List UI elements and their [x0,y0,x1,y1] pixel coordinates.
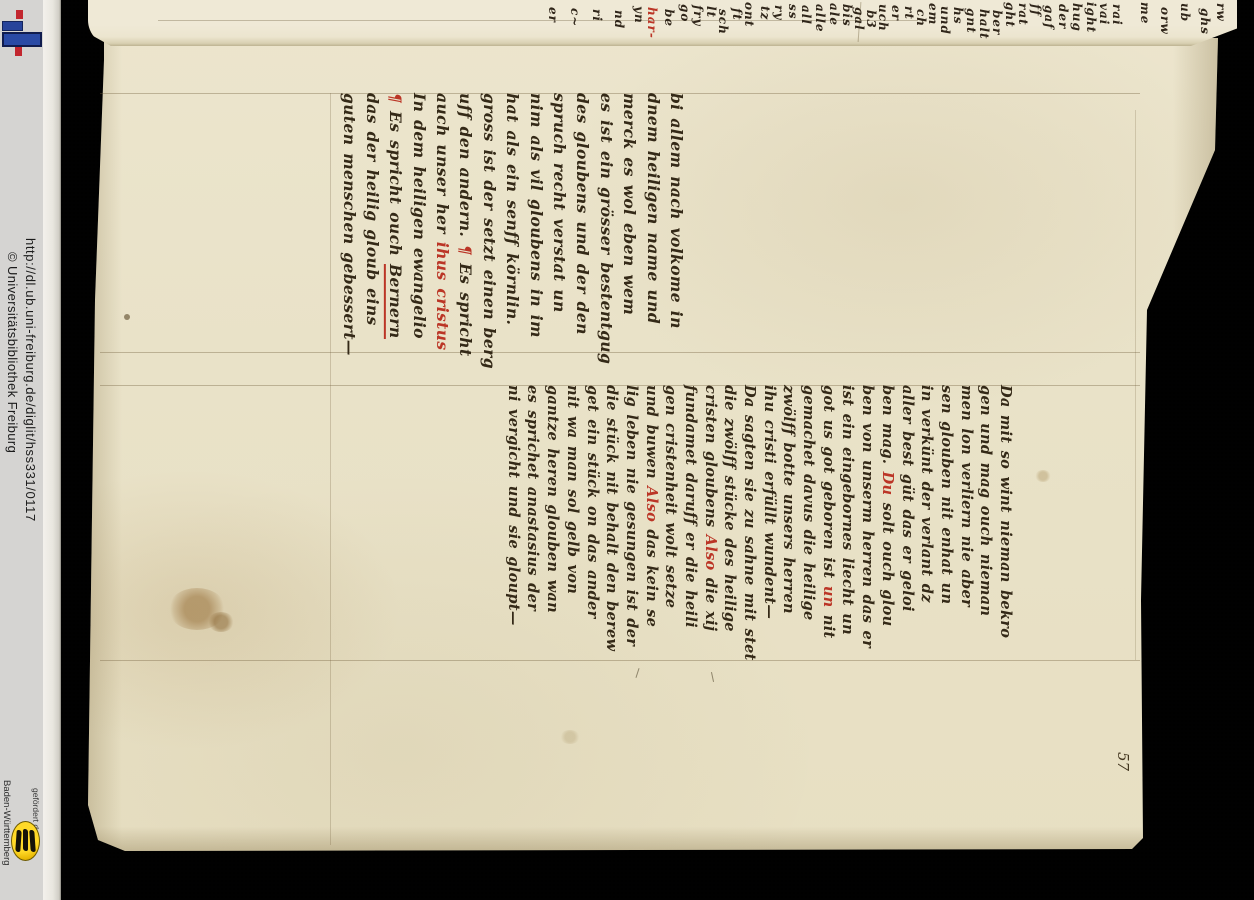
curl-text-snippet: be [662,9,676,27]
logo-red-square [16,10,23,19]
manuscript-line: sen glouben nit enhat un [936,385,956,657]
upper-text-block: bi allem nach volkome indnem heiligen na… [337,93,690,355]
manuscript-line: men lon verliern nie aber [956,385,976,657]
ruling-line [1135,110,1136,660]
manuscript-line: gen und mag ouch nieman [976,385,996,657]
viewer-sidebar: http://dl.ub.uni-freiburg.de/diglit/hss3… [0,0,43,900]
manuscript-line: Da sagten sie zu sahne mit stet [739,385,759,657]
manuscript-text: des gloubens und der den [573,93,592,335]
curl-text-snippet: halt [977,9,991,40]
source-url-text: http://dl.ub.uni-freiburg.de/diglit/hss3… [23,238,38,522]
manuscript-text: cristen gloubens [702,385,719,535]
manuscript-text: In dem heiligen ewangelio [410,93,429,339]
curl-text-snippet: rw [1214,3,1228,22]
ub-freiburg-logo-icon [0,8,43,60]
curl-text-snippet: sch [716,9,730,35]
curl-text-snippet: gaf [1042,5,1056,29]
curl-text-snippet: hs [951,7,965,24]
manuscript-text: gemachet davus die heilige [800,385,817,621]
manuscript-text: es sprichet anastasius der [524,385,541,611]
manuscript-line: und buwen Also das kein se [641,385,661,657]
manuscript-line: ¶ Es spricht ouch Bernern [384,93,407,351]
manuscript-text: gen und mag ouch nieman [977,385,994,616]
curl-text-snippet: go [678,4,692,22]
manuscript-line: in verkünt der verlant dz [916,385,936,657]
manuscript-line: dnem heiligen name und [641,93,664,351]
manuscript-text: Da mit so wint nieman bekro [997,385,1014,638]
curl-text-snippet: ub [1178,3,1192,22]
curl-text-snippet: uch [876,4,890,32]
manuscript-text: das der heilig gloub eins [363,93,382,326]
manuscript-line: bi allem nach volkome in [664,93,687,351]
manuscript-line: es ist ein grösser bestentgug [594,93,617,351]
curl-text-snippet: er [889,5,903,21]
curl-text-snippet: gnt [964,8,978,34]
rubric-text: un [820,586,837,608]
folio-number: 57 [1114,752,1132,771]
curl-text-snippet: rat [1016,3,1030,26]
manuscript-line: Da mit so wint nieman bekro [995,385,1015,657]
lion-figure [23,829,28,851]
manuscript-line: uff den andern. ¶ Es spricht [454,93,477,351]
curl-text-snippet: er [546,7,560,23]
funding-region-text: Baden-Württemberg [1,780,12,866]
manuscript-text: men lon verliern nie aber [958,385,975,607]
stain [124,314,130,320]
manuscript-text: gross ist der setzt einen berg [480,93,499,369]
manuscript-line: spruch recht verstat un [548,93,571,351]
manuscript-text: die stück nit behalt den berew [603,385,620,651]
manuscript-line: get ein stück on das ander [582,385,602,657]
curl-text-snippet: rai [1110,4,1124,26]
stain [1035,470,1051,482]
curl-text-snippet: ont [742,2,756,27]
manuscript-text: get ein stück on das ander [583,385,600,619]
manuscript-text: ist ein eingebornes liecht un [839,385,856,635]
manuscript-text: aller best güt das er geloi [898,385,915,612]
stain [208,612,234,632]
lower-text-block: Da mit so wint nieman bekrogen und mag o… [503,385,1017,661]
rubric-text: Also [702,535,719,571]
manuscript-text: und buwen [643,385,660,486]
manuscript-text: sen glouben nit enhat un [938,385,955,604]
curl-text-snippet: ight [1084,2,1098,33]
manuscript-text: nit [820,608,837,639]
manuscript-line: ni vergicht und sie gloupt— [503,385,523,657]
manuscript-text: dnem heiligen name und [643,93,662,324]
curl-text-snippet: ff [1029,4,1043,16]
manuscript-text: uff den andern. [456,93,475,245]
curl-text-snippet: ry [772,5,786,20]
manuscript-text: solt ouch glou [879,495,896,626]
logo-red-square [15,47,22,56]
manuscript-line: nim als vil gloubens in im [524,93,547,351]
manuscript-text: hat als ein senff körnlin. [503,93,522,325]
manuscript-text: die zwölff stücke des heilige [721,385,738,632]
manuscript-text: nim als vil gloubens in im [527,93,546,338]
manuscript-line: gen cristenheit wolt setze [661,385,681,657]
rubric-text: ¶ [386,93,405,103]
manuscript-line: ihu cristi erfüllt wundent— [759,385,779,657]
manuscript-text: zwölff botte unsers herren [780,385,797,614]
curl-text-snippet: ght [1003,2,1017,28]
manuscript-text: fundamet daruff er die heili [682,385,699,628]
curl-text-snippet: ghs [1198,8,1212,35]
manuscript-text: das kein se [643,522,660,627]
curl-text-snippet: c~ [568,8,582,27]
rubric-text: Also [643,486,660,522]
manuscript-line: gantze heren glouben wan [542,385,562,657]
curl-text-snippet: yn [632,6,646,24]
manuscript-text: bi allem nach volkome in [667,93,686,329]
curl-text-snippet: fry [691,5,705,26]
manuscript-text: Da sagten sie zu sahne mit stet [741,385,758,661]
manuscript-text: nit wa man sol gelb von [564,385,581,594]
manuscript-text: spruch recht verstat un [550,93,569,313]
manuscript-text: Es spricht [456,255,475,356]
curl-text-snippet: vai [1097,3,1111,25]
manuscript-text: lig leben nie gesungen ist der [623,385,640,646]
manuscript-line: es sprichet anastasius der [523,385,543,657]
curl-text-snippet: alle [813,4,827,33]
curl-text-snippet: der [1056,4,1070,29]
curl-text-snippet: ss [786,4,800,20]
manuscript-line: cristen gloubens Also die xij [700,385,720,657]
manuscript-line: ben von unserm herren das er [857,385,877,657]
manuscript-text: es ist ein grösser bestentgug [597,93,616,364]
curl-text-snippet: ri [590,9,604,22]
manuscript-line: ist ein eingebornes liecht un [838,385,858,657]
manuscript-text: guten menschen gebessert— [339,93,358,356]
manuscript-text: ben mag. [879,385,896,472]
manuscript-line: hat als ein senff körnlin. [501,93,524,351]
manuscript-line: merck es wol eben wem [618,93,641,351]
manuscript-line: got us got geboren ist un nit [818,385,838,657]
curl-text-snippet: und [938,6,952,35]
manuscript-line: aller best güt das er geloi [897,385,917,657]
curl-text-snippet: tz [758,6,772,20]
manuscript-text: auch unser her [433,93,452,242]
curl-text-snippet: me [1138,2,1152,24]
stain [560,730,580,744]
manuscript-line: ben mag. Du solt ouch glou [877,385,897,657]
manuscript-line: zwölff botte unsers herren [779,385,799,657]
manuscript-line: In dem heiligen ewangelio [407,93,430,351]
manuscript-line: gross ist der setzt einen berg [477,93,500,351]
manuscript-line: nit wa man sol gelb von [562,385,582,657]
curl-text-snippet: nd [612,10,626,29]
curl-text-snippet: hug [1070,3,1084,32]
manuscript-text: die xij [702,571,719,632]
manuscript-text: got us got geboren ist [820,385,837,586]
manuscript-line: die zwölff stücke des heilige [720,385,740,657]
curl-text-snippet: all [799,5,813,25]
curl-rubric-snippet: har- [645,7,659,39]
lion-figure [15,830,22,852]
baden-wuerttemberg-coat-of-arms-icon [11,821,40,861]
manuscript-text: Es spricht ouch [386,103,405,264]
ruling-line [330,93,331,845]
logo-blue-bar [2,32,42,47]
manuscript-line: fundamet daruff er die heili [680,385,700,657]
curl-text-snippet: ber [990,10,1004,35]
manuscript-line: guten menschen gebessert— [337,93,360,351]
logo-blue-bar [2,21,23,31]
manuscript-line: auch unser her ihus cristus [431,93,454,351]
manuscript-text: in verkünt der verlant dz [918,385,935,603]
curled-page-edge: erc~rindynhar-begofryltschftonttzryssall… [88,0,1237,46]
rubric-text: Bernern [384,264,405,339]
manuscript-text: gantze heren glouben wan [544,385,561,613]
rubric-text: Du [879,472,896,496]
curl-text-snippet: orw [1158,7,1172,35]
manuscript-line: des gloubens und der den [571,93,594,351]
manuscript-line: lig leben nie gesungen ist der [621,385,641,657]
manuscript-line: die stück nit behalt den berew [601,385,621,657]
curl-text-snippet: ale [827,3,841,26]
lion-figure [29,830,36,852]
manuscript-text: ben von unserm herren das er [859,385,876,648]
manuscript-text: gen cristenheit wolt setze [662,385,679,608]
copyright-text: © Universitätsbibliothek Freiburg [5,252,20,453]
manuscript-text: ihu cristi erfüllt wundent— [761,385,778,619]
rubric-text: ihus cristus [433,242,452,351]
rubric-text: ¶ [456,245,475,255]
manuscript-line: gemachet davus die heilige [798,385,818,657]
manuscript-text: ni vergicht und sie gloupt— [505,385,522,626]
book-fore-edge [43,0,61,900]
manuscript-line: das der heilig gloub eins [360,93,383,351]
manuscript-text: merck es wol eben wem [620,93,639,315]
